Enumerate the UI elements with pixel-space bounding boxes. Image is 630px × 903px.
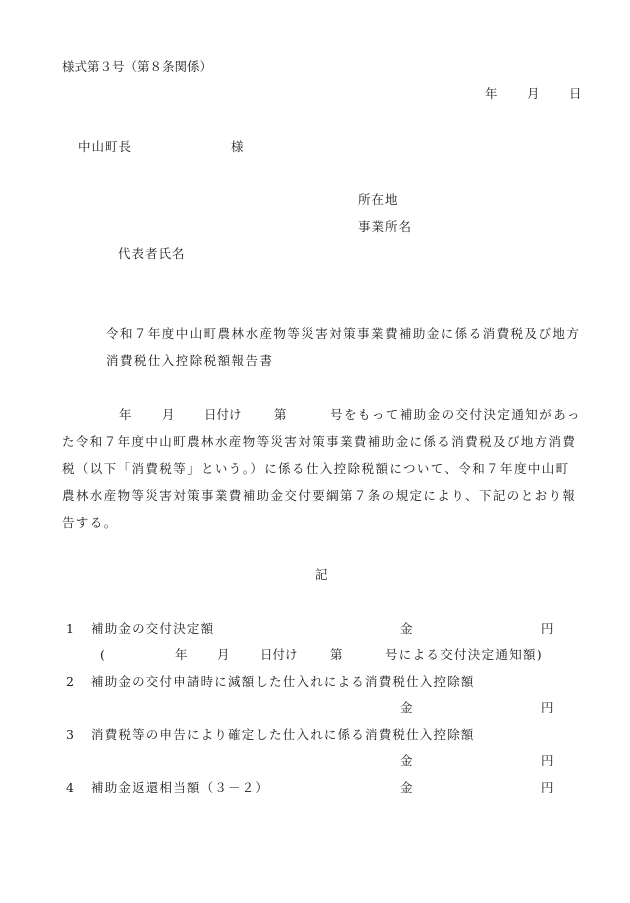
- item-yen-label: 円: [541, 702, 554, 715]
- item-label: 消費税等の申告により確定した仕入れに係る消費税仕入控除額: [91, 729, 475, 742]
- sub-month-label: 月: [217, 649, 230, 662]
- date-year-label: 年: [485, 88, 498, 101]
- item-number: 1: [66, 623, 74, 636]
- addressee-name: 中山町長: [78, 141, 132, 154]
- sub-number-prefix: 第: [330, 649, 343, 662]
- item-yen-label: 円: [541, 755, 554, 768]
- body-line-1-rest: 号をもって補助金の交付決定通知があっ: [330, 409, 581, 422]
- body-month-label: 月: [162, 409, 175, 422]
- body-number-prefix: 第: [274, 409, 287, 422]
- title-line-2: 消費税仕入控除税額報告書: [106, 355, 273, 368]
- item-number: 3: [66, 729, 74, 742]
- sub-dated-label: 日付け: [260, 649, 298, 662]
- address-label: 所在地: [358, 194, 399, 207]
- business-name-label: 事業所名: [358, 221, 412, 234]
- body-line-5: 告する。: [62, 517, 580, 530]
- item-label: 補助金返還相当額（３－２）: [91, 782, 269, 795]
- item-number: 2: [66, 676, 74, 689]
- date-month-label: 月: [527, 88, 540, 101]
- body-line-4: 農林水産物等災害対策事業費補助金交付要綱第７条の規定により、下記のとおり報: [62, 490, 580, 503]
- body-year-label: 年: [119, 409, 132, 422]
- item-yen-label: 円: [541, 782, 554, 795]
- item-kin-label: 金: [400, 782, 413, 795]
- item-label: 補助金の交付決定額: [91, 623, 214, 636]
- sub-year-label: 年: [175, 649, 188, 662]
- title-line-1: 令和７年度中山町農林水産物等災害対策事業費補助金に係る消費税及び地方: [106, 328, 580, 341]
- addressee-honorific: 様: [231, 141, 244, 154]
- date-day-label: 日: [569, 88, 582, 101]
- item-kin-label: 金: [400, 623, 413, 636]
- representative-label: 代表者氏名: [118, 248, 186, 261]
- form-label: 様式第３号（第８条関係）: [62, 61, 212, 74]
- sub-open-paren: (: [100, 649, 105, 662]
- item-kin-label: 金: [400, 755, 413, 768]
- body-line-3: 税（以下「消費税等」という。）に係る仕入控除税額について、令和７年度中山町: [62, 463, 580, 476]
- item-number: 4: [66, 782, 74, 795]
- item-yen-label: 円: [541, 623, 554, 636]
- body-line-2: た令和７年度中山町農林水産物等災害対策事業費補助金に係る消費税及び地方消費: [62, 436, 580, 449]
- ki-heading: 記: [315, 569, 328, 582]
- body-dated-label: 日付け: [204, 409, 242, 422]
- item-kin-label: 金: [400, 702, 413, 715]
- sub-rest: 号による交付決定通知額): [385, 649, 543, 662]
- item-label: 補助金の交付申請時に減額した仕入れによる消費税仕入控除額: [91, 676, 475, 689]
